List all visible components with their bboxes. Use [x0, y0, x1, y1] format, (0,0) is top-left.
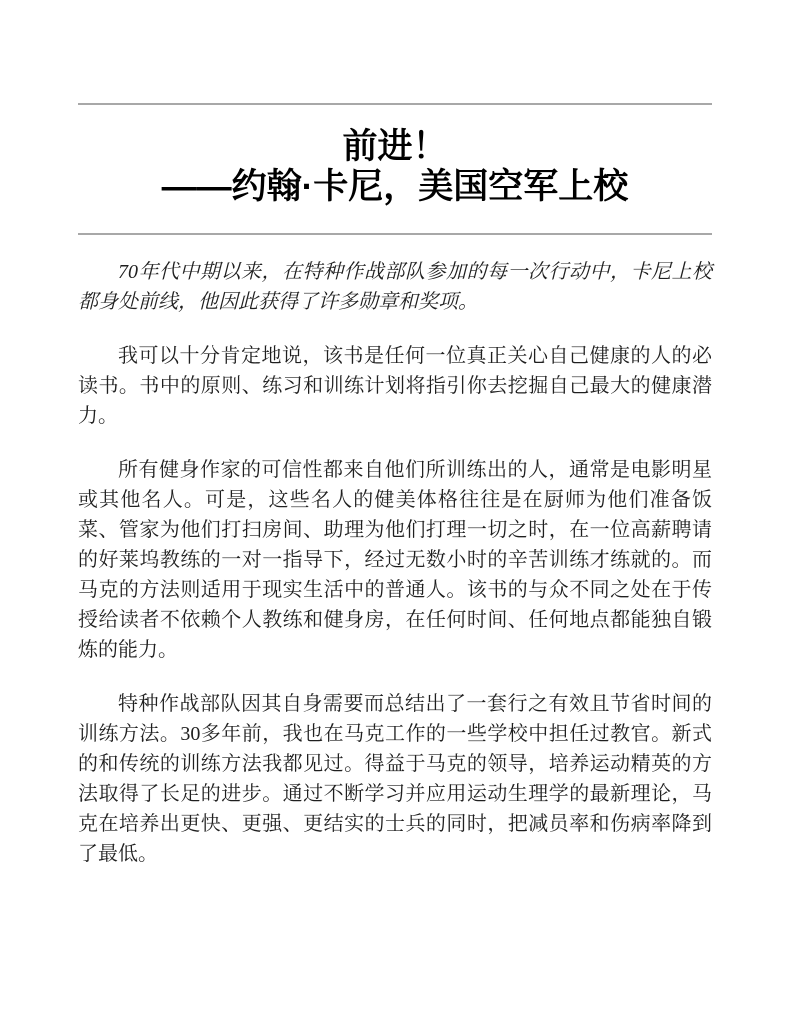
chapter-heading: 前进！ ——约翰·卡尼，美国空军上校: [78, 127, 712, 207]
paragraph: 特种作战部队因其自身需要而总结出了一套行之有效且节省时间的训练方法。30多年前，…: [78, 689, 712, 869]
paragraph: 所有健身作家的可信性都来自他们所训练出的人，通常是电影明星或其他名人。可是，这些…: [78, 455, 712, 665]
page-content: 前进！ ——约翰·卡尼，美国空军上校 70年代中期以来，在特种作战部队参加的每一…: [78, 103, 712, 869]
top-divider: [78, 103, 712, 105]
book-page: 前进！ ——约翰·卡尼，美国空军上校 70年代中期以来，在特种作战部队参加的每一…: [0, 0, 790, 1024]
page-subtitle: ——约翰·卡尼，美国空军上校: [78, 167, 712, 207]
body-text: 70年代中期以来，在特种作战部队参加的每一次行动中，卡尼上校都身处前线，他因此获…: [78, 257, 712, 869]
heading-divider: [78, 233, 712, 235]
page-title: 前进！: [78, 127, 712, 167]
paragraph-attribution: 70年代中期以来，在特种作战部队参加的每一次行动中，卡尼上校都身处前线，他因此获…: [78, 257, 712, 317]
paragraph: 我可以十分肯定地说，该书是任何一位真正关心自己健康的人的必读书。书中的原则、练习…: [78, 341, 712, 431]
